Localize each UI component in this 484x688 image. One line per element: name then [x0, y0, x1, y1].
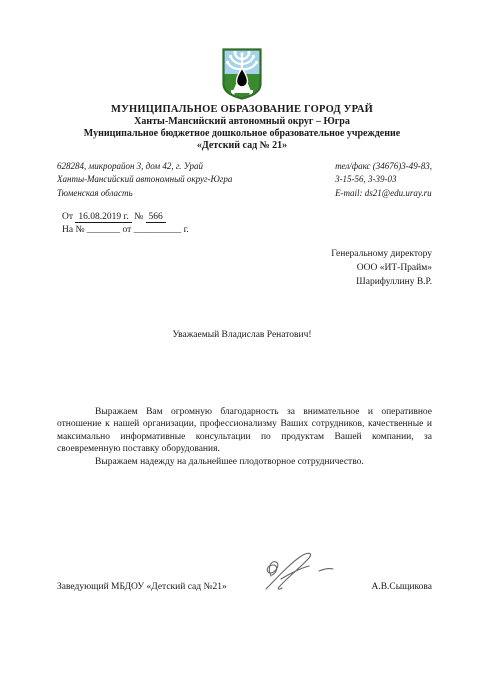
org-name-line2: Ханты-Мансийский автономный округ – Югра [0, 116, 484, 128]
letter-page: МУНИЦИПАЛЬНОЕ ОБРАЗОВАНИЕ ГОРОД УРАЙ Хан… [0, 0, 484, 688]
in-prefix: На № [62, 225, 85, 235]
uray-coat-of-arms-icon [221, 47, 263, 101]
salutation: Уважаемый Владислав Ренатович! [0, 330, 484, 340]
recipient-block: Генеральному директору ООО «ИТ-Прайм» Ша… [0, 247, 432, 290]
signer-name: А.В.Сыщикова [371, 582, 432, 592]
in-suffix: г. [184, 225, 189, 235]
out-number: 566 [146, 212, 166, 223]
emblem-container [0, 0, 484, 101]
handwritten-signature-icon [257, 546, 362, 594]
recipient-name: Шарифуллину В.Р. [0, 275, 432, 289]
contact-line: 3-15-56, 3-39-03 [335, 173, 432, 187]
org-name-line1: МУНИЦИПАЛЬНОЕ ОБРАЗОВАНИЕ ГОРОД УРАЙ [0, 104, 484, 116]
out-prefix: От [62, 212, 73, 222]
recipient-company: ООО «ИТ-Прайм» [0, 261, 432, 275]
org-name-line3: Муниципальное бюджетное дошкольное образ… [0, 128, 484, 140]
contact-line: тел/факс (34676)3-49-83, [335, 160, 432, 174]
incoming-reference: На № _______ от __________ г. [62, 224, 432, 237]
letterhead: МУНИЦИПАЛЬНОЕ ОБРАЗОВАНИЕ ГОРОД УРАЙ Хан… [0, 104, 484, 152]
address-contacts-row: 628284, микрорайон 3, дом 42, г. Урай Ха… [57, 160, 432, 201]
in-mid: от [123, 225, 132, 235]
org-name-line4: «Детский сад № 21» [0, 140, 484, 152]
in-blank-date: __________ [134, 225, 182, 235]
out-date: 16.08.2019 г. [75, 212, 131, 223]
signer-position: Заведующий МБДОУ «Детский сад №21» [57, 582, 227, 592]
signature-row: Заведующий МБДОУ «Детский сад №21» А.В.С… [57, 552, 432, 592]
body-paragraph-1: Выражаем Вам огромную благодарность за в… [57, 406, 432, 456]
contact-line: E-mail: ds21@edu.uray.ru [335, 187, 432, 201]
postal-address: 628284, микрорайон 3, дом 42, г. Урай Ха… [57, 160, 232, 201]
address-line: 628284, микрорайон 3, дом 42, г. Урай [57, 160, 232, 174]
letter-body: Выражаем Вам огромную благодарность за в… [57, 406, 432, 469]
reference-block: От 16.08.2019 г. № 566 На № _______ от _… [62, 211, 432, 237]
address-line: Ханты-Мансийский автономный округ-Югра [57, 173, 232, 187]
outgoing-reference: От 16.08.2019 г. № 566 [62, 211, 432, 224]
address-line: Тюменская область [57, 187, 232, 201]
body-paragraph-2: Выражаем надежду на дальнейшее плодотвор… [57, 456, 432, 469]
contact-details: тел/факс (34676)3-49-83, 3-15-56, 3-39-0… [335, 160, 432, 201]
in-blank-number: _______ [87, 225, 120, 235]
recipient-title: Генеральному директору [0, 247, 432, 261]
out-no-sign: № [134, 212, 143, 222]
